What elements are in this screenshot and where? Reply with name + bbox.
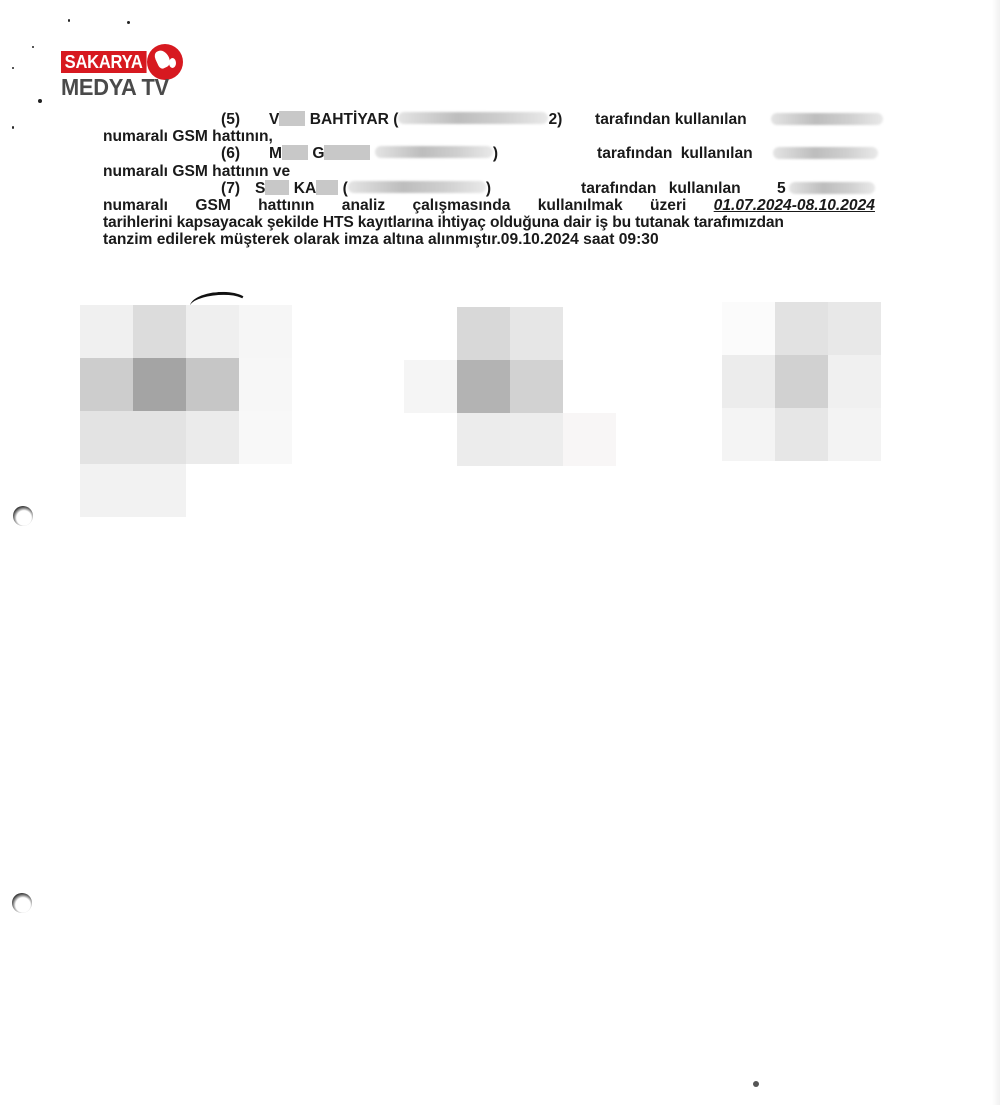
mosaic-tile xyxy=(239,305,292,358)
mosaic-tile xyxy=(186,358,239,411)
signature-1-redacted xyxy=(80,305,292,517)
mosaic-tile xyxy=(80,464,133,517)
word: hattının xyxy=(258,197,314,214)
mosaic-tile xyxy=(828,355,881,408)
mosaic-tile xyxy=(80,358,133,411)
word: numaralı xyxy=(103,197,168,214)
entry-index: (5) xyxy=(221,111,240,128)
redacted-phone xyxy=(789,182,875,194)
mosaic-tile xyxy=(722,302,775,355)
entry-name: M G ) xyxy=(269,145,498,162)
logo-bottom-text: MEDYA TV xyxy=(61,74,169,100)
word: çalışmasında xyxy=(412,197,510,214)
mosaic-tile xyxy=(239,358,292,411)
scan-speck xyxy=(38,99,42,103)
name-prefix: S xyxy=(255,180,265,197)
mosaic-tile xyxy=(404,307,457,360)
mosaic-tile xyxy=(186,411,239,464)
redacted-phone xyxy=(771,113,883,125)
mosaic-tile xyxy=(510,413,563,466)
date-range: 01.07.2024-08.10.2024 xyxy=(714,197,875,214)
redaction-box xyxy=(282,145,308,160)
mosaic-tile xyxy=(133,411,186,464)
mosaic-tile xyxy=(828,408,881,461)
entry-6-line: (6) M G ) tarafından kullanılan xyxy=(103,145,875,162)
used-by-text: tarafından kullanılan xyxy=(595,111,747,128)
word: analiz xyxy=(342,197,385,214)
redacted-id xyxy=(375,146,493,158)
paren: ( xyxy=(343,180,348,197)
redacted-id xyxy=(348,181,486,193)
mosaic-tile xyxy=(239,464,292,517)
sakarya-medya-tv-logo: SAKARYA MEDYA TV xyxy=(61,44,186,102)
scan-speck xyxy=(12,126,14,129)
entry-index: (7) xyxy=(221,180,240,197)
mosaic-tile xyxy=(775,302,828,355)
scan-speck xyxy=(127,21,130,24)
paren: 2) xyxy=(548,111,562,128)
mosaic-tile xyxy=(510,360,563,413)
mosaic-tile xyxy=(457,413,510,466)
document-body: (5) V BAHTİYAR (2) tarafından kullanılan… xyxy=(103,111,875,249)
redacted-phone xyxy=(773,147,878,159)
mosaic-tile xyxy=(133,464,186,517)
entry-6-continuation: numaralı GSM hattının ve xyxy=(103,163,875,180)
mosaic-tile xyxy=(510,307,563,360)
entry-name: S KA () xyxy=(255,180,491,197)
mosaic-tile xyxy=(404,360,457,413)
mosaic-tile xyxy=(563,307,616,360)
page-edge xyxy=(992,0,1000,1105)
used-by-text: tarafından kullanılan xyxy=(597,145,753,162)
mosaic-tile xyxy=(828,302,881,355)
word: kullanılmak xyxy=(538,197,623,214)
scan-speck xyxy=(68,19,70,22)
mosaic-tile xyxy=(722,408,775,461)
entry-index: (6) xyxy=(221,145,240,162)
surname-prefix: G xyxy=(312,145,324,162)
entry-5-line: (5) V BAHTİYAR (2) tarafından kullanılan xyxy=(103,111,875,128)
closing-line-3: tanzim edilerek müşterek olarak imza alt… xyxy=(103,231,875,248)
punch-hole xyxy=(12,893,32,913)
punch-hole xyxy=(13,506,33,526)
mosaic-tile xyxy=(133,358,186,411)
mosaic-tile xyxy=(775,408,828,461)
entry-7-line: (7) S KA () tarafından kullanılan 5 xyxy=(103,180,875,197)
scan-speck xyxy=(12,67,14,69)
name-prefix: V xyxy=(269,111,279,128)
redaction-box xyxy=(279,111,305,126)
used-by-text: tarafından kullanılan xyxy=(581,180,741,197)
mosaic-tile xyxy=(186,305,239,358)
mosaic-tile xyxy=(239,411,292,464)
paren: ) xyxy=(493,145,498,162)
mosaic-tile xyxy=(457,307,510,360)
mosaic-tile xyxy=(186,464,239,517)
mosaic-tile xyxy=(80,305,133,358)
name-prefix: M xyxy=(269,145,282,162)
surname-prefix: KA xyxy=(294,180,317,197)
mosaic-tile xyxy=(722,355,775,408)
redaction-box xyxy=(316,180,338,195)
entry-name: V BAHTİYAR (2) xyxy=(269,111,562,128)
mosaic-tile xyxy=(133,305,186,358)
closing-line-2: tarihlerini kapsayacak şekilde HTS kayıt… xyxy=(103,214,875,231)
signature-3-redacted xyxy=(722,302,881,461)
logo-top-text: SAKARYA xyxy=(61,51,146,73)
phone-prefix: 5 xyxy=(777,180,786,197)
scan-speck xyxy=(753,1081,759,1087)
mosaic-tile xyxy=(775,355,828,408)
closing-line-1: numaralı GSM hattının analiz çalışmasınd… xyxy=(103,197,875,214)
word: GSM xyxy=(195,197,231,214)
paren: ) xyxy=(486,180,491,197)
word: üzeri xyxy=(650,197,686,214)
redacted-id xyxy=(398,112,548,124)
signature-2-redacted xyxy=(404,307,616,466)
mosaic-tile xyxy=(563,413,616,466)
redaction-box xyxy=(324,145,370,160)
mosaic-tile xyxy=(404,413,457,466)
redaction-box xyxy=(265,180,289,195)
scan-speck xyxy=(32,46,34,48)
mosaic-tile xyxy=(80,411,133,464)
mosaic-tile xyxy=(563,360,616,413)
mosaic-tile xyxy=(457,360,510,413)
entry-5-continuation: numaralı GSM hattının, xyxy=(103,128,875,145)
surname: BAHTİYAR xyxy=(310,111,389,128)
